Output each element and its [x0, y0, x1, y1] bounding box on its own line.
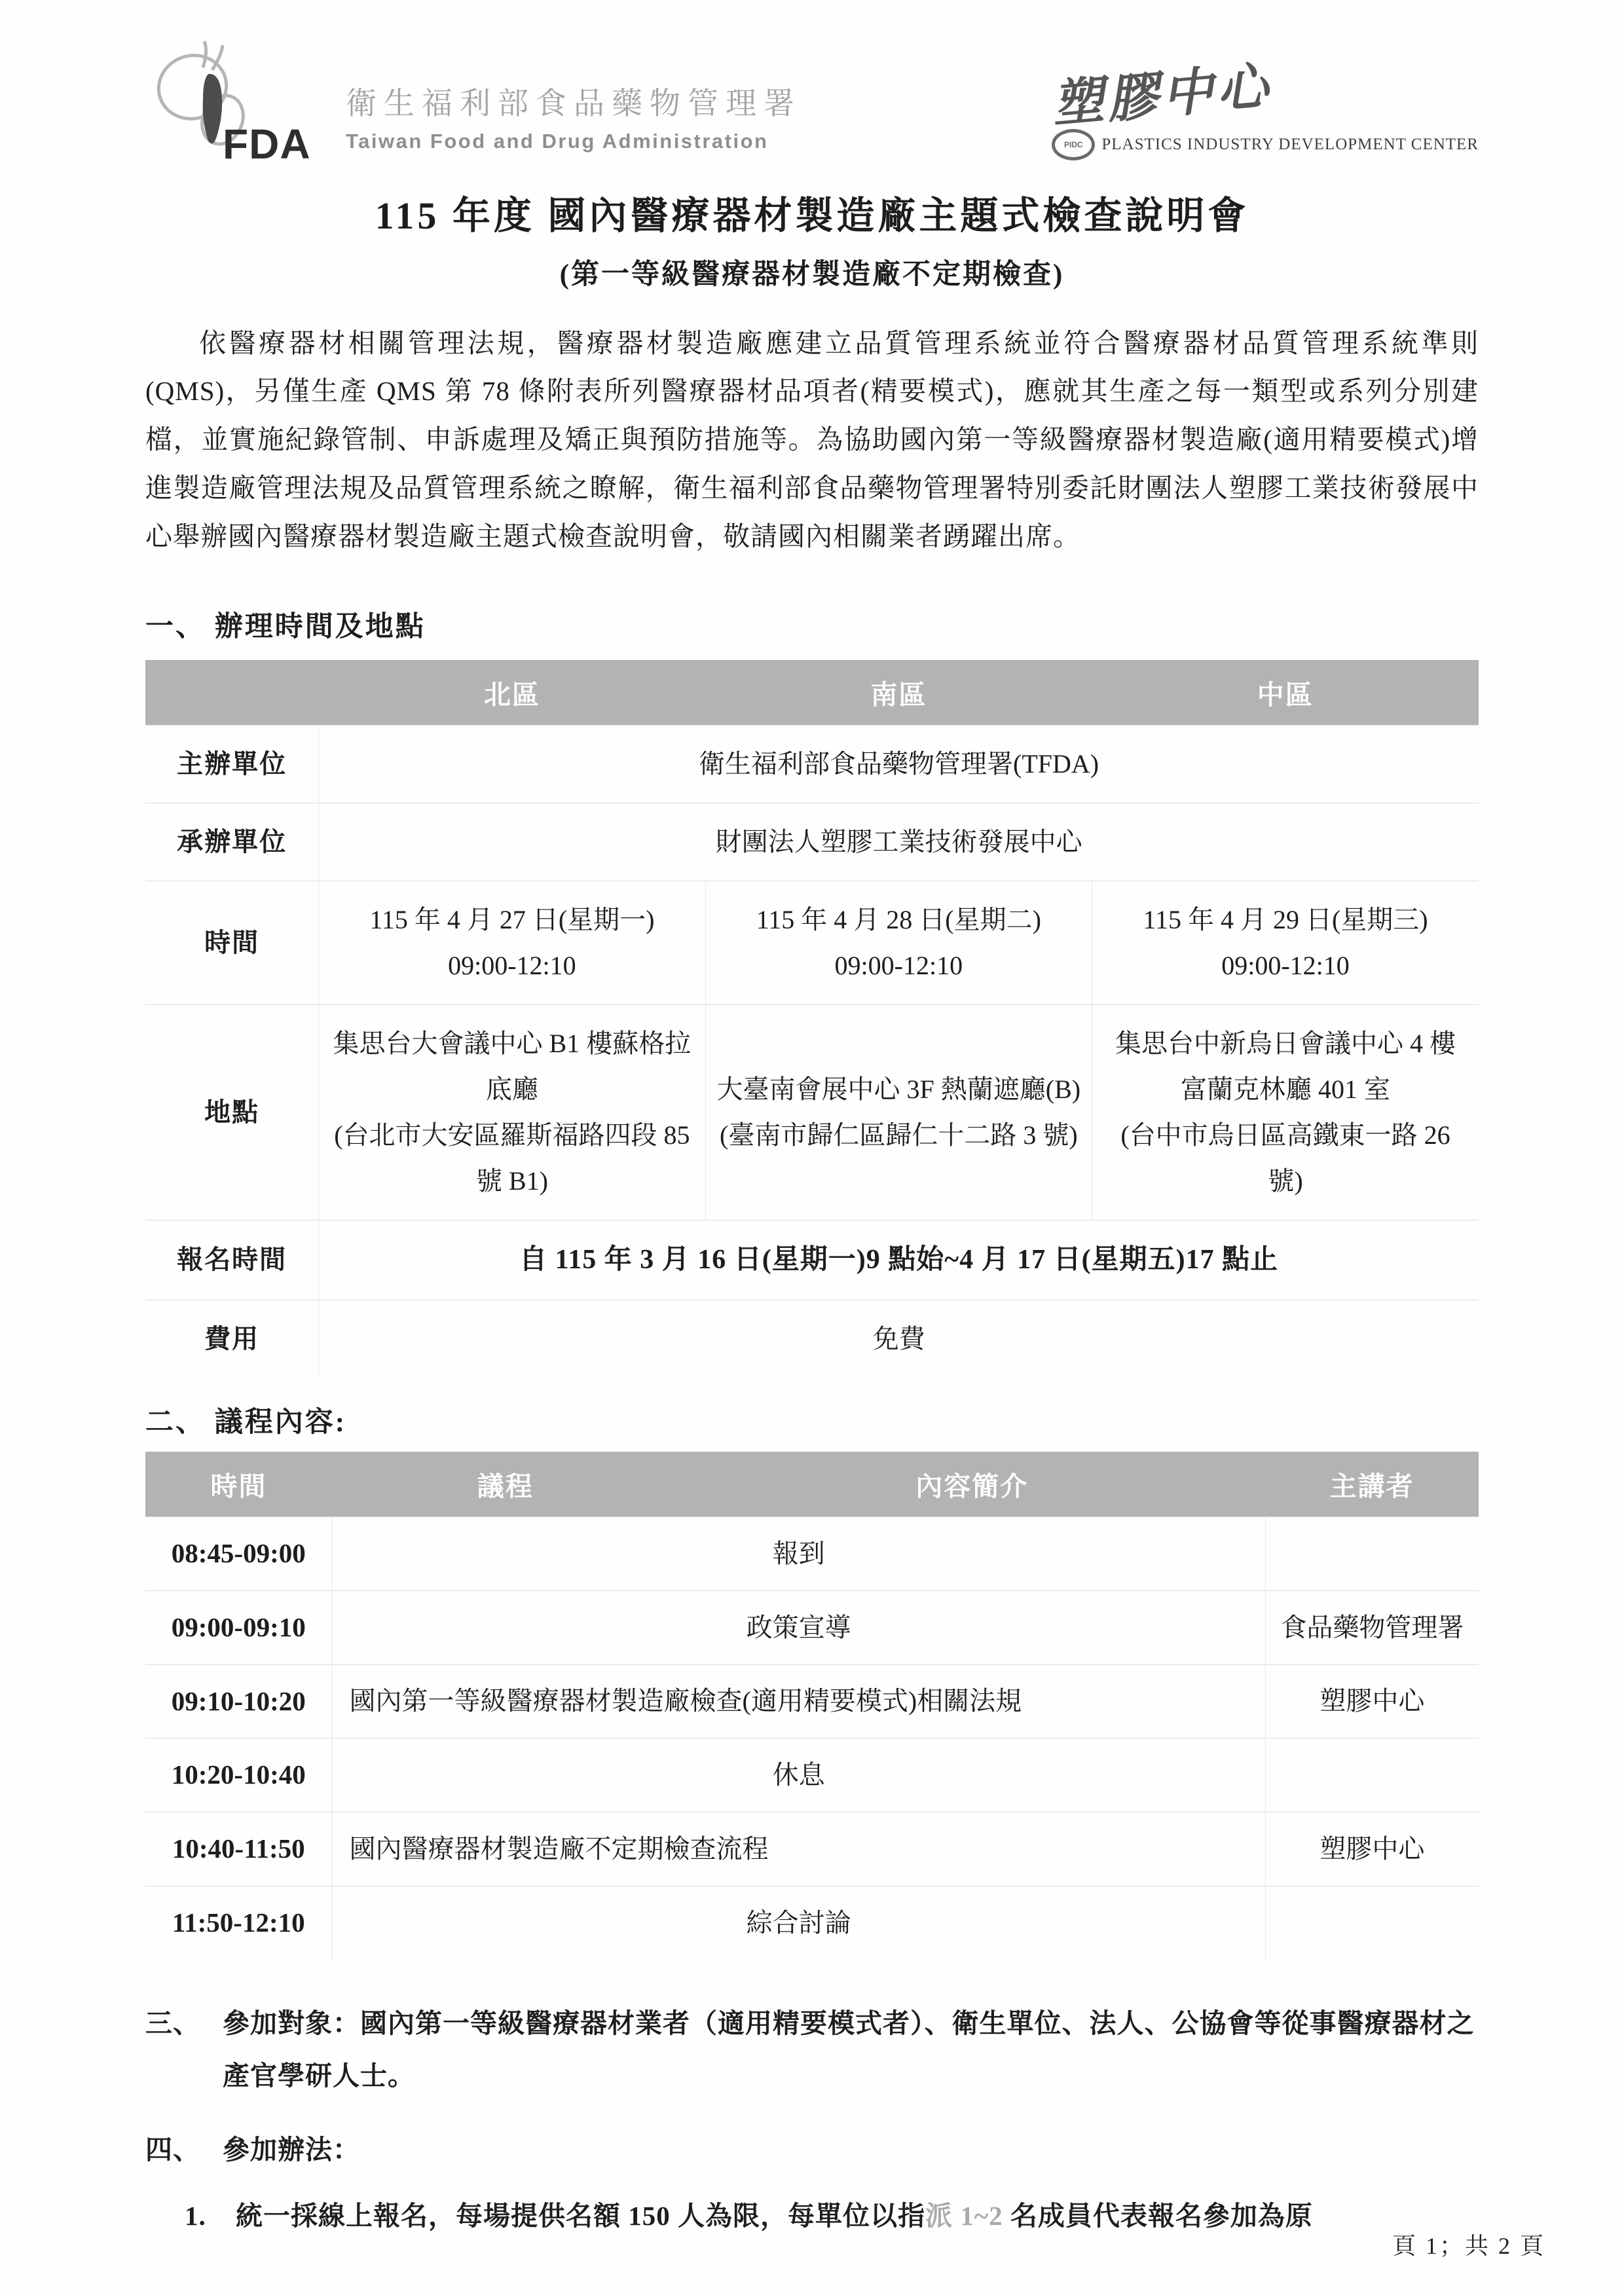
agenda-header-row: 時間 議程 內容簡介 主講者: [145, 1452, 1479, 1517]
item-text: 統一採線上報名，每場提供名額 150 人為限，每單位以指派 1~2 名成員代表報…: [236, 2191, 1313, 2242]
session-north: 115 年 4 月 27 日(星期一) 09:00-12:10: [319, 881, 705, 1004]
column-header-central: 中區: [1092, 660, 1479, 725]
agenda-row-discussion: 11:50-12:10 綜合討論: [145, 1886, 1479, 1959]
row-label-executor: 承辦單位: [145, 803, 319, 881]
executor-value: 財團法人塑膠工業技術發展中心: [319, 803, 1479, 881]
intro-paragraph: 依醫療器材相關管理法規，醫療器材製造廠應建立品質管理系統並符合醫療器材品質管理系…: [145, 320, 1479, 561]
column-header-description: 內容簡介: [678, 1452, 1265, 1517]
column-header-north: 北區: [319, 660, 705, 725]
agenda-row-regulations: 09:10-10:20 國內第一等級醫療器材製造廠檢查(適用精要模式)相關法規 …: [145, 1664, 1479, 1738]
fda-names: 衛生福利部食品藥物管理署 Taiwan Food and Drug Admini…: [346, 79, 802, 170]
row-label-registration: 報名時間: [145, 1220, 319, 1300]
item-text-pre: 統一採線上報名，每場提供名額 150 人為限，每單位以指: [236, 2201, 925, 2231]
agenda-speaker: 食品藥物管理署: [1265, 1590, 1479, 1664]
column-header-south: 南區: [705, 660, 1092, 725]
session-north-hours: 09:00-12:10: [329, 943, 694, 989]
pidc-logo: 塑膠中心 PIDC PLASTICS INDUSTRY DEVELOPMENT …: [1052, 54, 1479, 160]
table-row-venue: 地點 集思台大會議中心 B1 樓蘇格拉底廳 (台北市大安區羅斯福路四段 85 號…: [145, 1004, 1479, 1220]
page-content: FDA 衛生福利部食品藥物管理署 Taiwan Food and Drug Ad…: [0, 0, 1624, 2242]
venue-table-header-row: 北區 南區 中區: [145, 660, 1479, 725]
agenda-content: 報到: [332, 1517, 1265, 1591]
section3-text: 參加對象：國內第一等級醫療器材業者（適用精要模式者）、衛生單位、法人、公協會等從…: [223, 1998, 1479, 2102]
agenda-content: 休息: [332, 1738, 1265, 1812]
column-header-time: 時間: [145, 1452, 332, 1517]
section4-text: 參加辦法：: [223, 2124, 1479, 2176]
table-row-time: 時間 115 年 4 月 27 日(星期一) 09:00-12:10 115 年…: [145, 881, 1479, 1004]
agenda-row-process: 10:40-11:50 國內醫療器材製造廠不定期檢查流程 塑膠中心: [145, 1812, 1479, 1886]
row-label-venue: 地點: [145, 1004, 319, 1220]
agenda-speaker: [1265, 1517, 1479, 1591]
table-row-registration: 報名時間 自 115 年 3 月 16 日(星期一)9 點始~4 月 17 日(…: [145, 1220, 1479, 1300]
registration-value: 自 115 年 3 月 16 日(星期一)9 點始~4 月 17 日(星期五)1…: [319, 1220, 1479, 1300]
agenda-speaker: [1265, 1886, 1479, 1959]
column-header-agenda: 議程: [332, 1452, 678, 1517]
venue-south-address: (臺南市歸仁區歸仁十二路 3 號): [716, 1112, 1081, 1158]
venue-south: 大臺南會展中心 3F 熱蘭遮廳(B) (臺南市歸仁區歸仁十二路 3 號): [705, 1004, 1092, 1220]
column-header-speaker: 主講者: [1265, 1452, 1479, 1517]
fda-name-en: Taiwan Food and Drug Administration: [346, 130, 802, 153]
page-subtitle: (第一等級醫療器材製造廠不定期檢查): [145, 252, 1479, 292]
session-south-hours: 09:00-12:10: [716, 943, 1081, 989]
agenda-speaker: 塑膠中心: [1265, 1812, 1479, 1886]
agenda-speaker: 塑膠中心: [1265, 1664, 1479, 1738]
section4-number: 四、: [145, 2124, 223, 2176]
agenda-table: 時間 議程 內容簡介 主講者 08:45-09:00 報到 09:00-09:1…: [145, 1452, 1479, 1960]
pidc-name-zh: 塑膠中心: [1049, 45, 1274, 138]
organizer-value: 衛生福利部食品藥物管理署(TFDA): [319, 725, 1479, 803]
venue-central-name: 集思台中新烏日會議中心 4 樓富蘭克林廳 401 室: [1103, 1021, 1468, 1112]
section1-heading: 一、 辦理時間及地點: [145, 604, 1479, 644]
section4: 四、 參加辦法：: [145, 2124, 1479, 2176]
agenda-time: 09:10-10:20: [145, 1664, 332, 1738]
section4-item-1: 1. 統一採線上報名，每場提供名額 150 人為限，每單位以指派 1~2 名成員…: [145, 2191, 1479, 2242]
page-header: FDA 衛生福利部食品藥物管理署 Taiwan Food and Drug Ad…: [145, 36, 1479, 175]
session-south-date: 115 年 4 月 28 日(星期二): [716, 897, 1081, 943]
venue-north-address: (台北市大安區羅斯福路四段 85 號 B1): [329, 1112, 694, 1204]
agenda-content: 國內第一等級醫療器材製造廠檢查(適用精要模式)相關法規: [332, 1664, 1265, 1738]
agenda-time: 10:20-10:40: [145, 1738, 332, 1812]
agenda-row-policy: 09:00-09:10 政策宣導 食品藥物管理署: [145, 1590, 1479, 1664]
session-central: 115 年 4 月 29 日(星期三) 09:00-12:10: [1092, 881, 1479, 1004]
pidc-name-en: PLASTICS INDUSTRY DEVELOPMENT CENTER: [1101, 136, 1479, 154]
row-label-organizer: 主辦單位: [145, 725, 319, 803]
venue-north-name: 集思台大會議中心 B1 樓蘇格拉底廳: [329, 1021, 694, 1112]
item-text-post: 名成員代表報名參加為原: [1003, 2201, 1313, 2231]
agenda-time: 10:40-11:50: [145, 1812, 332, 1886]
agenda-row-break: 10:20-10:40 休息: [145, 1738, 1479, 1812]
agenda-content: 政策宣導: [332, 1590, 1265, 1664]
agenda-content: 綜合討論: [332, 1886, 1265, 1959]
fda-abbr-text: FDA: [223, 120, 311, 168]
agenda-speaker: [1265, 1738, 1479, 1812]
session-central-hours: 09:00-12:10: [1103, 943, 1468, 989]
table-row-organizer: 主辦單位 衛生福利部食品藥物管理署(TFDA): [145, 725, 1479, 803]
section2-heading: 二、 議程內容:: [145, 1400, 1479, 1440]
session-north-date: 115 年 4 月 27 日(星期一): [329, 897, 694, 943]
fda-butterfly-icon: FDA: [145, 36, 342, 170]
section3: 三、 參加對象：國內第一等級醫療器材業者（適用精要模式者）、衛生單位、法人、公協…: [145, 1998, 1479, 2102]
page-title: 115 年度 國內醫療器材製造廠主題式檢查說明會: [145, 193, 1479, 239]
venue-north: 集思台大會議中心 B1 樓蘇格拉底廳 (台北市大安區羅斯福路四段 85 號 B1…: [319, 1004, 705, 1220]
section3-number: 三、: [145, 1998, 223, 2102]
page-number: 頁 1；共 2 頁: [1392, 2228, 1545, 2261]
row-label-time: 時間: [145, 881, 319, 1004]
row-label-fee: 費用: [145, 1300, 319, 1378]
pidc-row: PIDC PLASTICS INDUSTRY DEVELOPMENT CENTE…: [1052, 129, 1479, 160]
venue-central-address: (台中市烏日區高鐵東一路 26 號): [1103, 1112, 1468, 1204]
table-row-executor: 承辦單位 財團法人塑膠工業技術發展中心: [145, 803, 1479, 881]
agenda-content: 國內醫療器材製造廠不定期檢查流程: [332, 1812, 1265, 1886]
table-row-fee: 費用 免費: [145, 1300, 1479, 1378]
document-page: FDA 衛生福利部食品藥物管理署 Taiwan Food and Drug Ad…: [0, 0, 1624, 2295]
session-south: 115 年 4 月 28 日(星期二) 09:00-12:10: [705, 881, 1092, 1004]
fda-logo: FDA 衛生福利部食品藥物管理署 Taiwan Food and Drug Ad…: [145, 36, 802, 170]
venue-south-name: 大臺南會展中心 3F 熱蘭遮廳(B): [716, 1067, 1081, 1112]
venue-table-corner-cell: [145, 660, 319, 725]
fda-name-zh: 衛生福利部食品藥物管理署: [346, 79, 802, 123]
agenda-time: 08:45-09:00: [145, 1517, 332, 1591]
venue-table: 北區 南區 中區 主辦單位 衛生福利部食品藥物管理署(TFDA) 承辦單位 財團…: [145, 660, 1479, 1378]
agenda-time: 11:50-12:10: [145, 1886, 332, 1959]
agenda-time: 09:00-09:10: [145, 1590, 332, 1664]
item-number: 1.: [185, 2191, 236, 2242]
fee-value: 免費: [319, 1300, 1479, 1378]
agenda-row-checkin: 08:45-09:00 報到: [145, 1517, 1479, 1591]
item-text-highlight: 派 1~2: [925, 2201, 1003, 2231]
session-central-date: 115 年 4 月 29 日(星期三): [1103, 897, 1468, 943]
venue-central: 集思台中新烏日會議中心 4 樓富蘭克林廳 401 室 (台中市烏日區高鐵東一路 …: [1092, 1004, 1479, 1220]
